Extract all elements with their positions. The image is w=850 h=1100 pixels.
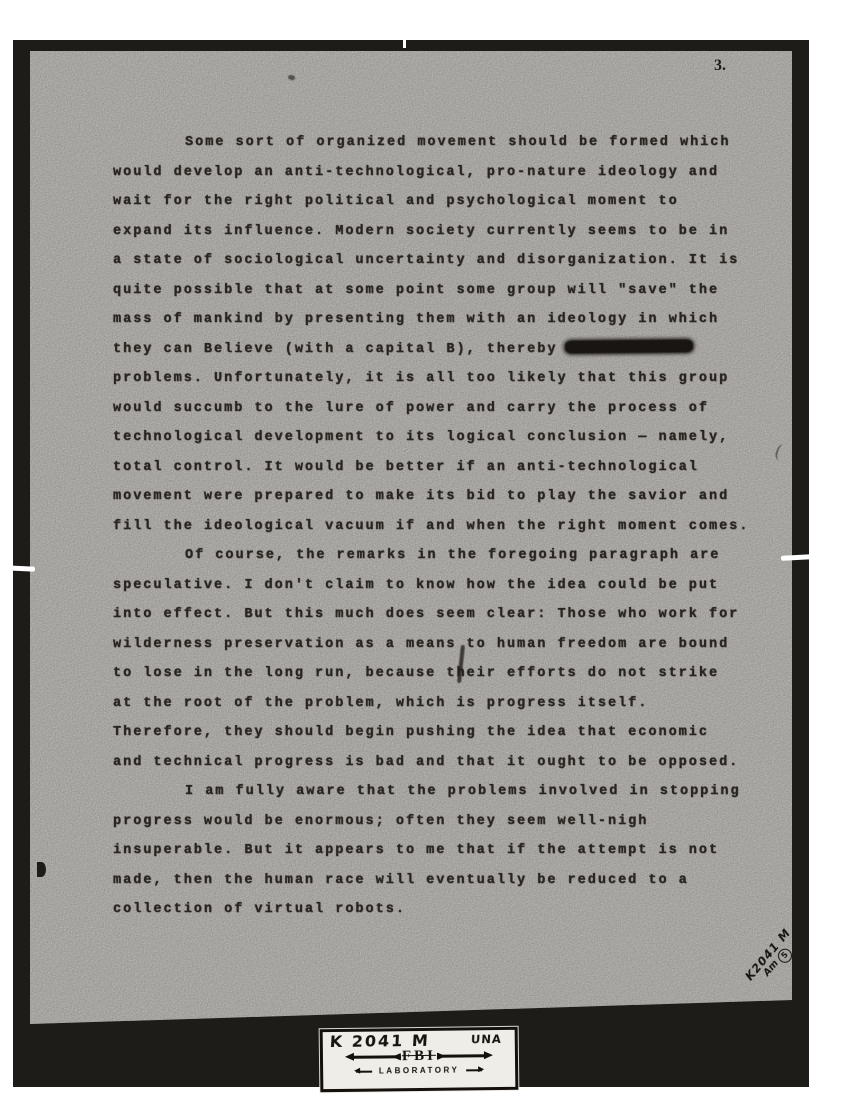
text-line: insuperable. But it appears to me that i… [113, 836, 785, 866]
text-line: problems. Unfortunately, it is all too l… [113, 364, 785, 394]
text-line: would develop an anti-technological, pro… [113, 158, 785, 188]
text-line: speculative. I don't claim to know how t… [113, 571, 785, 601]
text-line: made, then the human race will eventuall… [113, 866, 785, 896]
text-line: Therefore, they should begin pushing the… [113, 718, 785, 748]
text-line: and technical progress is bad and that i… [113, 748, 785, 778]
redaction-smudge [565, 340, 693, 354]
stamp-agency-name: FBI [402, 1048, 436, 1065]
stamp-unit-name: LABORATORY [379, 1066, 460, 1076]
arrow-right-icon [437, 1054, 485, 1057]
page-number: 3. [714, 57, 726, 75]
stamp-case-code: UNA [471, 1032, 503, 1046]
paper-sheet: 3. Some sort of organized movement shoul… [30, 51, 792, 1026]
text-line: total control. It would be better if an … [113, 453, 785, 483]
text-line: at the root of the problem, which is pro… [113, 689, 785, 719]
handwritten-annotation: K2041 M Am5 [734, 915, 813, 1002]
text-line: quite possible that at some point some g… [113, 276, 785, 306]
text-line: I am fully aware that the problems invol… [113, 777, 785, 807]
text-line: Of course, the remarks in the foregoing … [113, 541, 785, 571]
text-line: collection of virtual robots. [113, 895, 785, 925]
stamp-right-decoration-icon [466, 1069, 482, 1071]
text-line: wait for the right political and psychol… [113, 187, 785, 217]
text-line: progress would be enormous; often they s… [113, 807, 785, 837]
stamp-laboratory-row: LABORATORY [330, 1065, 508, 1076]
text-line: fill the ideological vacuum if and when … [113, 512, 785, 542]
stamp-left-decoration-icon [356, 1070, 372, 1072]
text-line: wilderness preservation as a means to hu… [113, 630, 785, 660]
typewritten-text: Some sort of organized movement should b… [113, 128, 785, 925]
text-line: would succumb to the lure of power and c… [113, 394, 785, 424]
text-line: technological development to its logical… [113, 423, 785, 453]
text-line: movement were prepared to make its bid t… [113, 482, 785, 512]
text-line: mass of mankind by presenting them with … [113, 305, 785, 335]
fold-notch-left [5, 565, 35, 572]
border-ink-blob [37, 862, 46, 877]
arrow-left-icon [353, 1055, 401, 1058]
text-line: they can Believe (with a capital B), the… [113, 335, 785, 365]
text-line: into effect. But this much does seem cle… [113, 600, 785, 630]
scanned-document-page: 3. Some sort of organized movement shoul… [0, 0, 850, 1100]
text-line: a state of sociological uncertainty and … [113, 246, 785, 276]
frame-notch-top [403, 39, 406, 48]
text-line: to lose in the long run, because their e… [113, 659, 785, 689]
scan-speck [287, 74, 295, 81]
fbi-laboratory-stamp: K 2041 M UNA FBI LABORATORY [320, 1027, 519, 1092]
scanner-black-frame: 3. Some sort of organized movement shoul… [13, 40, 809, 1087]
text-line: Some sort of organized movement should b… [113, 128, 785, 158]
text-line: expand its influence. Modern society cur… [113, 217, 785, 247]
